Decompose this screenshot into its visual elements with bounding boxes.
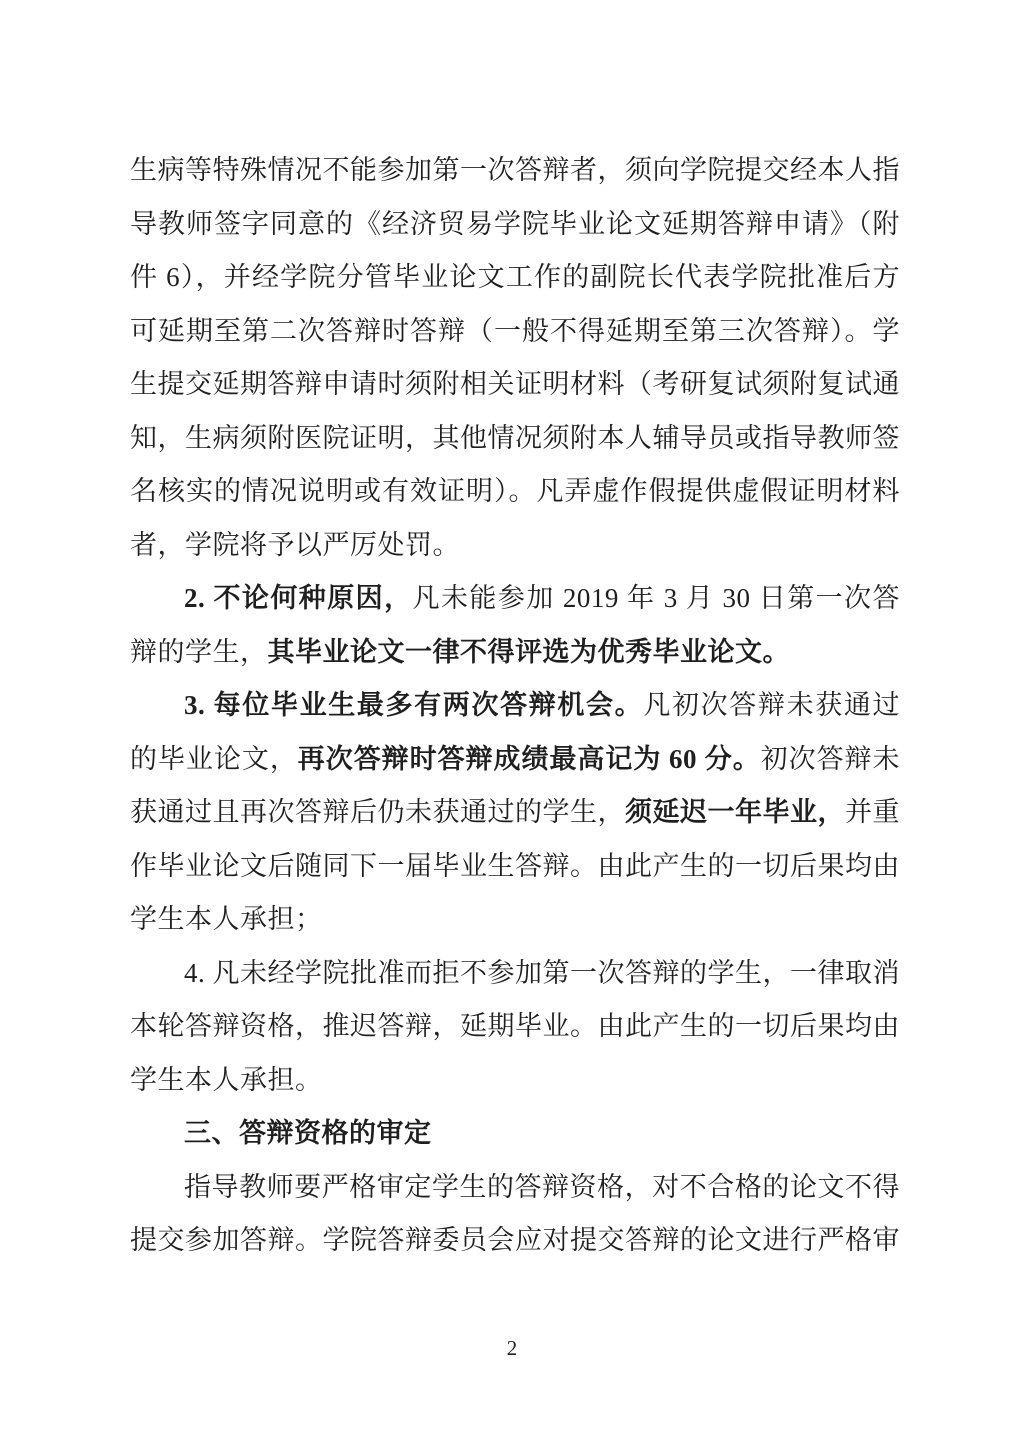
- text-run: 作毕业论文后随同下一届毕业生答辩。由此产生的一切后果均由: [130, 851, 900, 881]
- text-line: 本轮答辩资格，推迟答辩，延期毕业。由此产生的一切后果均由: [130, 1000, 900, 1054]
- text-line: 学生本人承担。: [130, 1054, 900, 1108]
- page-number: 2: [507, 1336, 518, 1360]
- text-run: 并重: [845, 797, 900, 827]
- text-line: 者，学院将予以严厉处罚。: [130, 519, 900, 573]
- text-run: 2. 不论何种原因，: [184, 583, 413, 613]
- text-line: 4. 凡未经学院批准而拒不参加第一次答辩的学生，一律取消: [130, 947, 900, 1001]
- text-run: 提交参加答辩。学院答辩委员会应对提交答辩的论文进行严格审: [130, 1225, 900, 1255]
- text-line: 提交参加答辩。学院答辩委员会应对提交答辩的论文进行严格审: [130, 1214, 900, 1268]
- text-run: 4. 凡未经学院批准而拒不参加第一次答辩的学生，一律取消: [184, 958, 900, 988]
- text-run: 生提交延期答辩申请时须附相关证明材料（考研复试须附复试通: [130, 369, 900, 399]
- text-line: 的毕业论文，再次答辩时答辩成绩最高记为 60 分。初次答辩未: [130, 733, 900, 787]
- text-run: 者，学院将予以严厉处罚。: [130, 530, 460, 560]
- document-page: 生病等特殊情况不能参加第一次答辩者，须向学院提交经本人指导教师签字同意的《经济贸…: [0, 0, 1024, 1448]
- text-line: 获通过且再次答辩后仍未获通过的学生，须延迟一年毕业，并重: [130, 786, 900, 840]
- text-line: 2. 不论何种原因，凡未能参加 2019 年 3 月 30 日第一次答: [130, 572, 900, 626]
- text-run: 须延迟一年毕业，: [625, 797, 845, 827]
- text-line: 件 6），并经学院分管毕业论文工作的副院长代表学院批准后方: [130, 251, 900, 305]
- text-line: 名核实的情况说明或有效证明）。凡弄虚作假提供虚假证明材料: [130, 465, 900, 519]
- text-run: 三、答辩资格的审定: [184, 1118, 432, 1148]
- text-line: 知，生病须附医院证明，其他情况须附本人辅导员或指导教师签: [130, 412, 900, 466]
- text-line: 三、答辩资格的审定: [130, 1107, 900, 1161]
- text-run: 凡初次答辩未获通过: [643, 690, 900, 720]
- text-run: 的毕业论文，: [130, 744, 298, 774]
- text-run: 再次答辩时答辩成绩最高记为 60 分。: [298, 744, 761, 774]
- text-line: 辩的学生，其毕业论文一律不得评选为优秀毕业论文。: [130, 626, 900, 680]
- text-line: 学生本人承担；: [130, 893, 900, 947]
- document-body: 生病等特殊情况不能参加第一次答辩者，须向学院提交经本人指导教师签字同意的《经济贸…: [130, 144, 900, 1268]
- text-run: 辩的学生，: [130, 637, 268, 667]
- text-line: 生病等特殊情况不能参加第一次答辩者，须向学院提交经本人指: [130, 144, 900, 198]
- text-line: 指导教师要严格审定学生的答辩资格，对不合格的论文不得: [130, 1161, 900, 1215]
- text-run: 其毕业论文一律不得评选为优秀毕业论文。: [268, 637, 791, 667]
- page-footer: 2: [0, 1336, 1024, 1361]
- text-run: 本轮答辩资格，推迟答辩，延期毕业。由此产生的一切后果均由: [130, 1011, 900, 1041]
- text-line: 导教师签字同意的《经济贸易学院毕业论文延期答辩申请》（附: [130, 198, 900, 252]
- text-run: 学生本人承担。: [130, 1065, 323, 1095]
- text-run: 获通过且再次答辩后仍未获通过的学生，: [130, 797, 625, 827]
- text-run: 名核实的情况说明或有效证明）。凡弄虚作假提供虚假证明材料: [130, 476, 900, 506]
- text-run: 生病等特殊情况不能参加第一次答辩者，须向学院提交经本人指: [130, 155, 900, 185]
- text-line: 可延期至第二次答辩时答辩（一般不得延期至第三次答辩）。学: [130, 305, 900, 359]
- text-line: 3. 每位毕业生最多有两次答辩机会。凡初次答辩未获通过: [130, 679, 900, 733]
- text-run: 凡未能参加 2019 年 3 月 30 日第一次答: [413, 583, 900, 613]
- text-run: 可延期至第二次答辩时答辩（一般不得延期至第三次答辩）。学: [130, 316, 900, 346]
- text-line: 作毕业论文后随同下一届毕业生答辩。由此产生的一切后果均由: [130, 840, 900, 894]
- text-run: 初次答辩未: [761, 744, 900, 774]
- text-run: 3. 每位毕业生最多有两次答辩机会。: [184, 690, 643, 720]
- text-line: 生提交延期答辩申请时须附相关证明材料（考研复试须附复试通: [130, 358, 900, 412]
- text-run: 件 6），并经学院分管毕业论文工作的副院长代表学院批准后方: [130, 262, 900, 292]
- text-run: 导教师签字同意的《经济贸易学院毕业论文延期答辩申请》（附: [130, 209, 900, 239]
- text-run: 知，生病须附医院证明，其他情况须附本人辅导员或指导教师签: [130, 423, 900, 453]
- text-run: 指导教师要严格审定学生的答辩资格，对不合格的论文不得: [184, 1172, 900, 1202]
- text-run: 学生本人承担；: [130, 904, 323, 934]
